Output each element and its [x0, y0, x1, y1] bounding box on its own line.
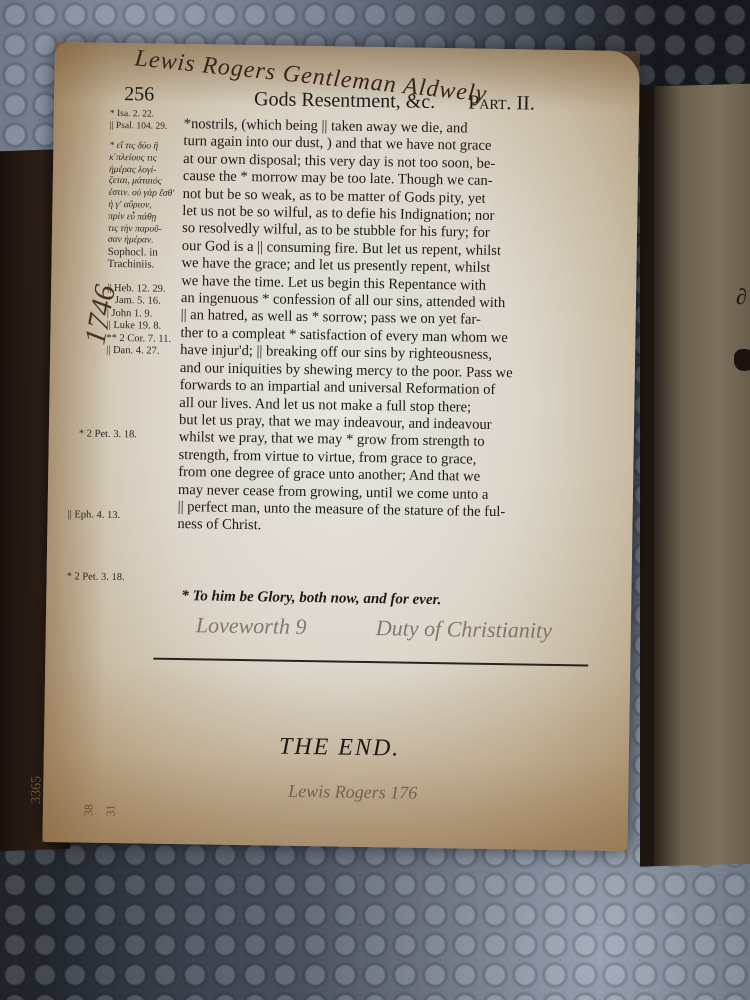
margin-note-eph: || Eph. 4. 13. — [67, 509, 157, 522]
part-label: Part. II. — [468, 91, 535, 114]
book-page: Lewis Rogers Gentleman Aldwely 256 Gods … — [42, 42, 639, 851]
margin-note-pet-1: * 2 Pet. 3. 18. — [79, 428, 169, 441]
ink-mark: ∂ — [736, 284, 747, 310]
handwritten-note-right: Duty of Christianity — [376, 615, 552, 644]
running-head-title: Gods Resentment, &c. — [254, 88, 435, 113]
corner-number: 31 — [103, 804, 118, 816]
book-cover-right-endpaper: ∂ — [640, 83, 750, 866]
corner-number: 3365 — [29, 776, 45, 804]
doxology: * To him be Glory, both now, and for eve… — [181, 588, 441, 609]
corner-number: 38 — [81, 804, 96, 816]
the-end-label: THE END. — [279, 734, 401, 763]
handwritten-note-left: Loveworth 9 — [196, 612, 307, 640]
ink-stain — [734, 349, 750, 372]
margin-note-pet-2: * 2 Pet. 3. 18. — [67, 571, 157, 584]
running-head: Gods Resentment, &c. Part. II. — [254, 88, 535, 115]
body-text: *nostrils, (which being || taken away we… — [177, 116, 624, 541]
handwritten-bottom-inscription: Lewis Rogers 176 — [288, 781, 417, 804]
page-number: 256 — [124, 83, 154, 106]
